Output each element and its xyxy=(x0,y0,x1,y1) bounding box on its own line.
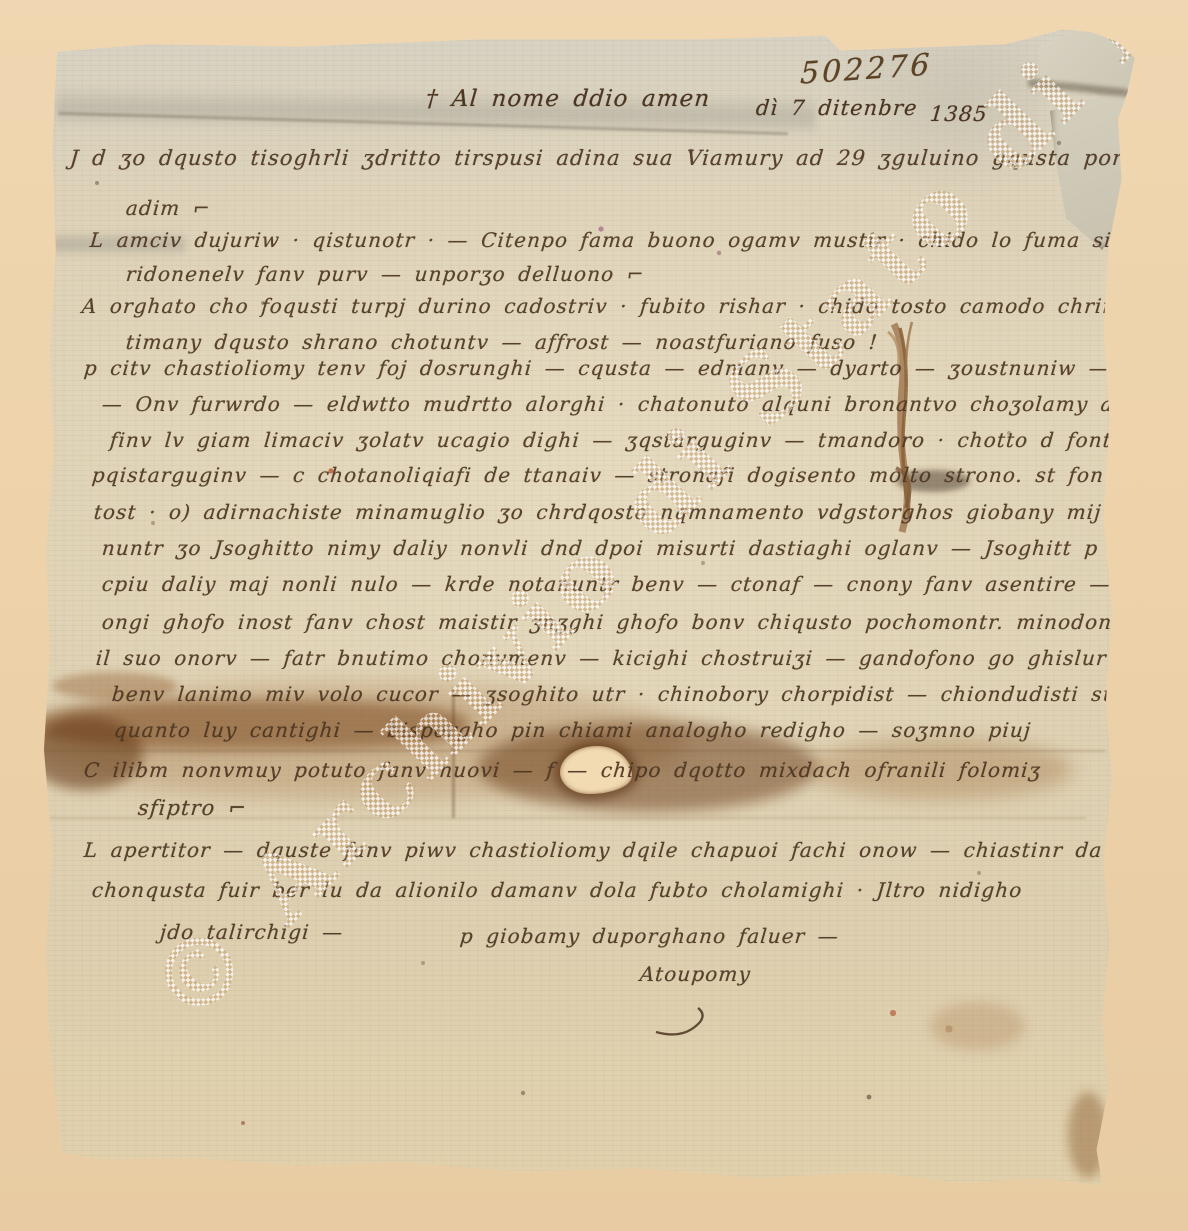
year-value: 1385 xyxy=(929,102,989,126)
manuscript-line: timany dqusto shrano chotuntv — affrost … xyxy=(125,330,879,354)
date-line: dì 7 ditenbre xyxy=(755,96,919,120)
manuscript-line: benv lanimo miv volo cucor — ʒsoghito ut… xyxy=(111,682,1167,706)
manuscript-line: il suo onorv — fatr bnutimo chonvmenv — … xyxy=(95,646,1188,670)
manuscript-line: L amciv dujuriw · qistunotr · — Citenpo … xyxy=(89,228,1188,252)
manuscript-line: L apertitor — dquste fanv piwv chastioli… xyxy=(83,838,1154,862)
manuscript-line: p giobamy duporghano faluer — xyxy=(459,924,840,948)
manuscript-line: sfiptro ⌐ xyxy=(137,796,248,820)
manuscript-line: J d ʒo dqusto tisoghrli ʒdritto tirspusi… xyxy=(69,146,1188,170)
water-stain xyxy=(1068,1092,1108,1178)
manuscript-line: C ilibm nonvmuy potuto fanv nuovi — f — … xyxy=(83,758,1042,782)
manuscript-line: — Onv furwrdo — eldwtto mudrtto alorghi … xyxy=(101,392,1147,416)
manuscript-line: tost · o) adirnachiste minamuglio ʒo chr… xyxy=(93,500,1129,524)
manuscript-line: nuntr ʒo Jsoghitto nimy daliy nonvli dnd… xyxy=(101,536,1099,560)
manuscript-line: adim ⌐ xyxy=(125,196,212,220)
manuscript-line: Atoupomy xyxy=(639,962,752,986)
manuscript-line: ridonenelv fanv purv — unporʒo delluono … xyxy=(125,262,646,286)
manuscript-line: cpiu daliy maj nonli nulo — krde notanun… xyxy=(101,572,1112,596)
manuscript-line: chonqusta fuir ber lu da alionilo damanv… xyxy=(91,878,1024,902)
manuscript-line: ongi ghofo inost fanv chost maistir ʒnʒg… xyxy=(101,610,1155,634)
manuscript-line: quanto luy cantighi — bisporgho pin chia… xyxy=(113,718,1032,742)
manuscript-line: finv lv giam limaciv ʒolatv ucagio dighi… xyxy=(109,428,1149,452)
water-stain xyxy=(930,1002,1025,1050)
photo-backdrop: 502276 † Al nome ddio amen dì 7 ditenbre… xyxy=(0,0,1188,1231)
manuscript-sheet: 502276 † Al nome ddio amen dì 7 ditenbre… xyxy=(0,0,1188,1231)
manuscript-line: pqistarguginv — c chotanoliqiafi de ttan… xyxy=(91,463,1147,487)
pen-flourish-icon xyxy=(648,996,728,1042)
manuscript-line: A orghato cho foqusti turpj durino cados… xyxy=(81,294,1144,318)
invocation-line: † Al nome ddio amen xyxy=(425,86,712,112)
manuscript-line: jdo talirchigi — xyxy=(159,920,344,944)
ink-specks xyxy=(0,0,2,2)
manuscript-line: p citv chastioliomy tenv foj dosrunghi —… xyxy=(83,356,1188,380)
fold-line-vertical xyxy=(452,688,455,818)
